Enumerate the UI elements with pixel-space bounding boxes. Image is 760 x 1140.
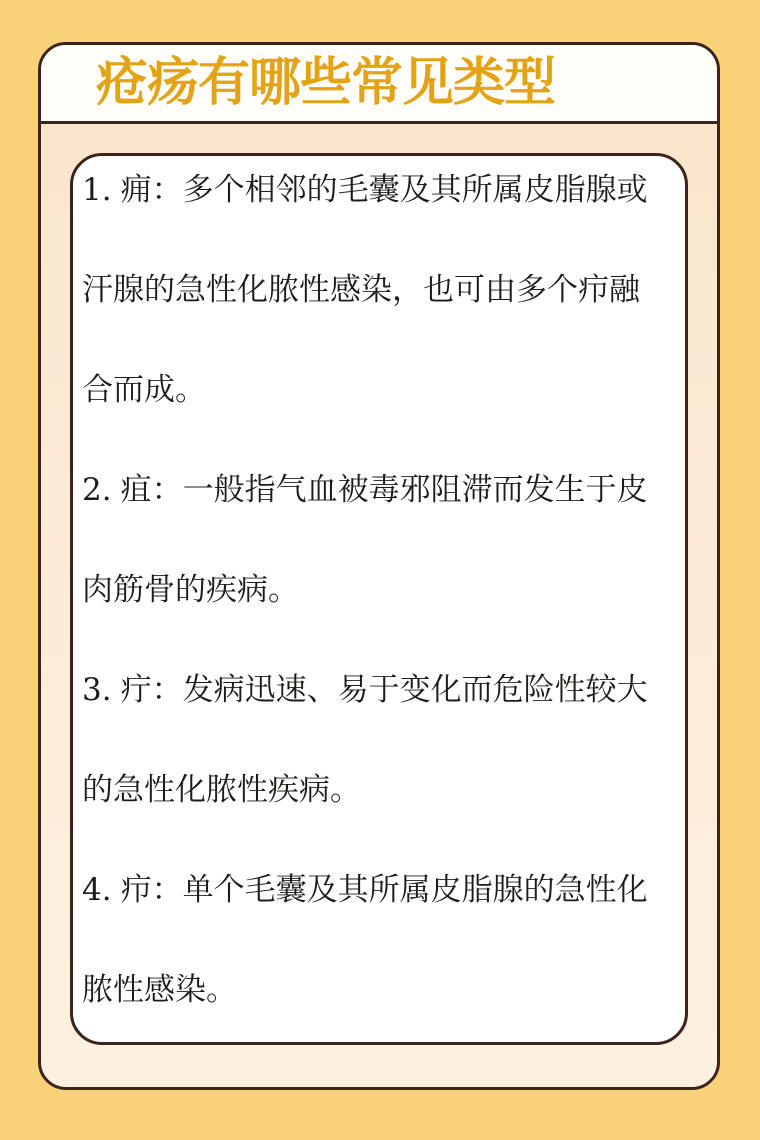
card-header: 疮疡有哪些常见类型: [41, 45, 717, 124]
list-item: 1.痈：多个相邻的毛囊及其所属皮脂腺或汗腺的急性化脓性感染，也可由多个疖融合而成…: [82, 140, 649, 440]
definition-panel: 1.痈：多个相邻的毛囊及其所属皮脂腺或汗腺的急性化脓性感染，也可由多个疖融合而成…: [70, 153, 688, 1045]
item-number: 1.: [82, 172, 112, 208]
card-body: 1.痈：多个相邻的毛囊及其所属皮脂腺或汗腺的急性化脓性感染，也可由多个疖融合而成…: [41, 124, 717, 1087]
content-card: 疮疡有哪些常见类型 1.痈：多个相邻的毛囊及其所属皮脂腺或汗腺的急性化脓性感染，…: [38, 42, 720, 1090]
item-text: 痈：多个相邻的毛囊及其所属皮脂腺或汗腺的急性化脓性感染，也可由多个疖融合而成。: [82, 172, 648, 408]
definition-list: 1.痈：多个相邻的毛囊及其所属皮脂腺或汗腺的急性化脓性感染，也可由多个疖融合而成…: [82, 140, 649, 1040]
list-item: 3.疔：发病迅速、易于变化而危险性较大的急性化脓性疾病。: [82, 640, 649, 840]
item-text: 疖：单个毛囊及其所属皮脂腺的急性化脓性感染。: [82, 872, 648, 1008]
list-item: 4.疖：单个毛囊及其所属皮脂腺的急性化脓性感染。: [82, 840, 649, 1040]
item-number: 4.: [82, 872, 112, 908]
page-title: 疮疡有哪些常见类型: [96, 57, 555, 109]
list-item: 2.疽：一般指气血被毒邪阻滞而发生于皮肉筋骨的疾病。: [82, 440, 649, 640]
item-number: 2.: [82, 472, 112, 508]
infographic-page: { "page": { "title": "疮疡有哪些常见类型" }, "col…: [0, 0, 760, 1140]
item-text: 疔：发病迅速、易于变化而危险性较大的急性化脓性疾病。: [82, 672, 648, 808]
item-number: 3.: [82, 672, 112, 708]
item-text: 疽：一般指气血被毒邪阻滞而发生于皮肉筋骨的疾病。: [82, 472, 648, 608]
